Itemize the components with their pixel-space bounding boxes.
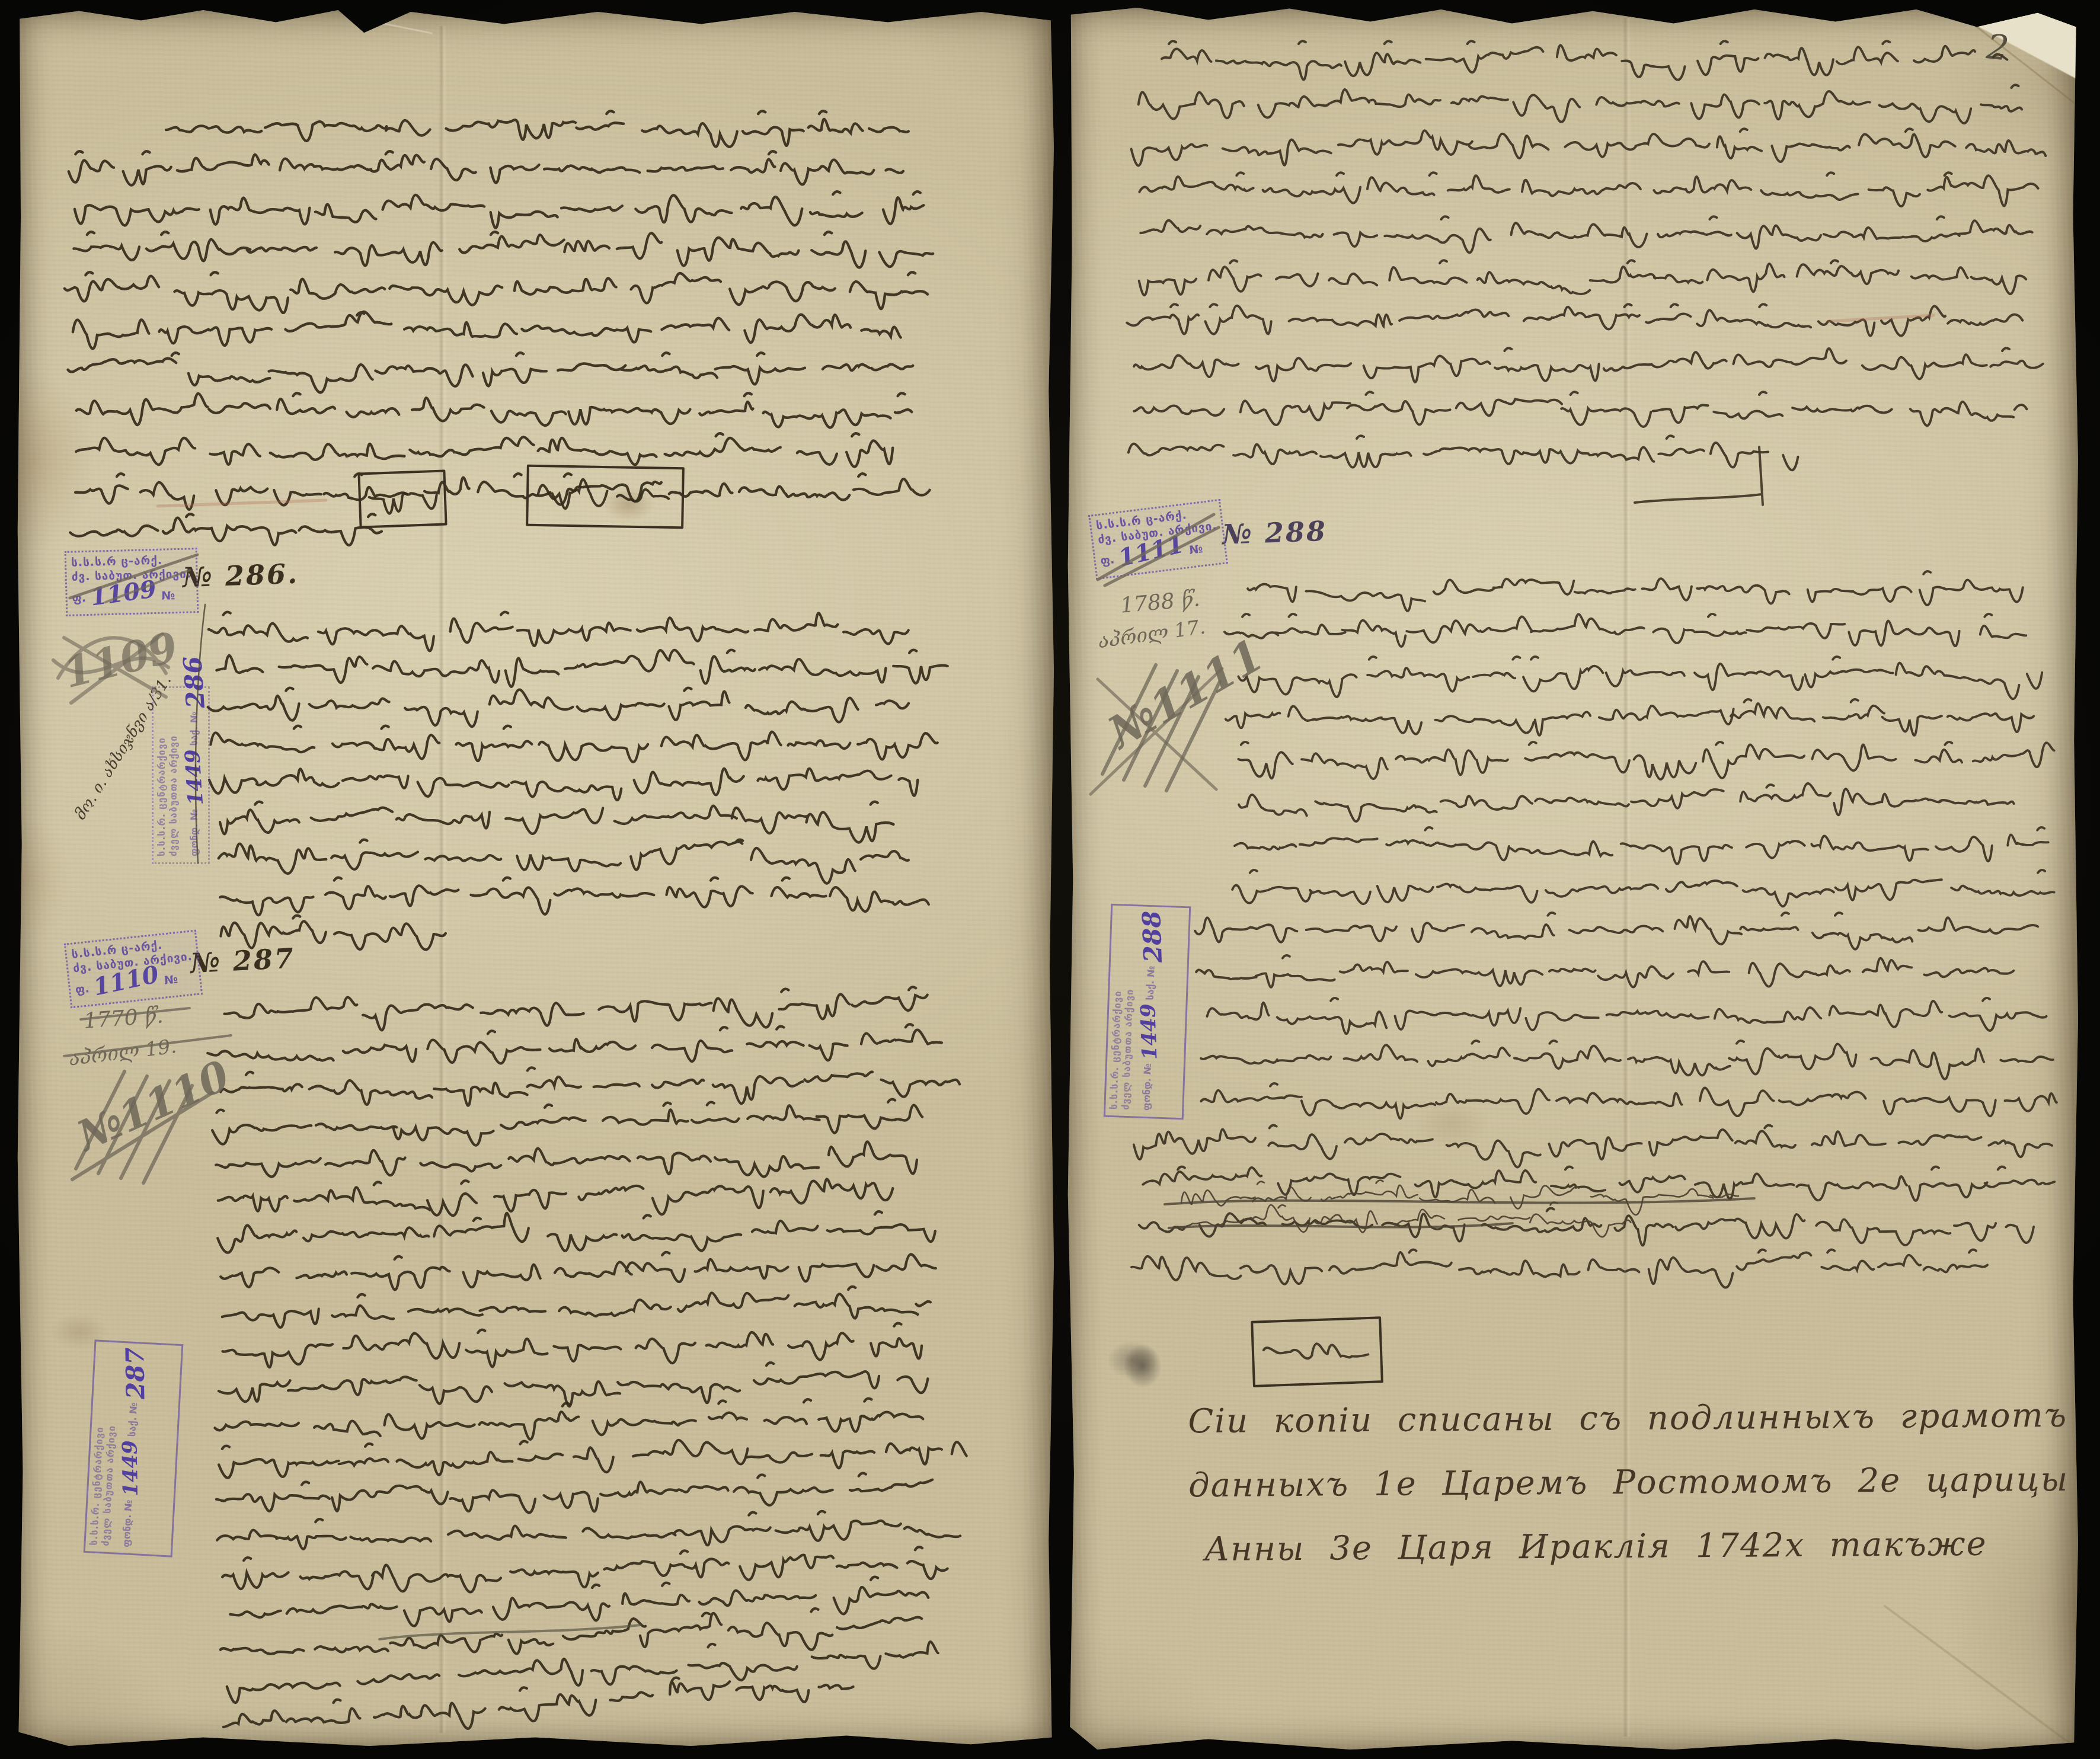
boxed-word-strokes bbox=[1259, 1320, 1371, 1380]
pencil-date-note: აპრილ 19. bbox=[68, 1034, 177, 1070]
stamp-text: ს.ს.ს.რ. ცენტრარქივი bbox=[156, 694, 168, 856]
boxed-word-strokes bbox=[534, 468, 672, 523]
section-heading-288: № 288 bbox=[1222, 515, 1328, 551]
left-page: № 286. № 287 ს.ს.ს.რ ც-არქ. ძვ. საბუთ. ა… bbox=[17, 8, 1054, 1750]
pencil-year-note: 1770 წ. bbox=[83, 1003, 164, 1033]
ink-boxed-word bbox=[357, 469, 447, 528]
colophon-line: Анны 3е Царя Ираклія 1742х такъже bbox=[1204, 1512, 2069, 1582]
stamp-fond-number: 1449 bbox=[180, 749, 208, 806]
manuscript-scan: № 286. № 287 ს.ს.ს.რ ც-არქ. ძვ. საბუთ. ა… bbox=[0, 0, 2100, 1759]
manuscript-paragraph-continuation bbox=[1126, 31, 2042, 481]
manuscript-paragraph-287 bbox=[206, 980, 962, 1751]
stamp-text: ფონდ. №1449საქ. №286 bbox=[180, 694, 209, 856]
manuscript-paragraph-288-b bbox=[1194, 903, 2051, 1122]
boxed-word-strokes bbox=[365, 472, 437, 522]
manuscript-paragraph-288-a bbox=[1224, 562, 2054, 912]
manuscript-paragraph-intro bbox=[64, 103, 929, 565]
ink-boxed-word bbox=[1251, 1316, 1383, 1387]
stamp-item-number: 287 bbox=[120, 1347, 151, 1399]
ink-smudge bbox=[1124, 1344, 1162, 1388]
archive-stamp-vertical-286: ს.ს.ს.რ. ცენტრარქივი ძველ საბუთთა არქივი… bbox=[152, 686, 210, 864]
stamp-item-number: 288 bbox=[1137, 910, 1168, 962]
archive-stamp-vertical-288: ს.ს.ს.რ. ცენტრარქივი ძველ საბუთთა არქივი… bbox=[1104, 904, 1191, 1120]
stamp-fond-number: 1449 bbox=[1136, 1003, 1162, 1060]
right-page: 2 № 288 ს.ს.ს.რ ც-არქ. ძვ. საბუთ. არქივი… bbox=[1067, 6, 2078, 1753]
pencil-date-note: აპრილ 17. bbox=[1097, 615, 1207, 653]
ink-boxed-word bbox=[526, 465, 685, 529]
archive-stamp-288: ს.ს.ს.რ ც-არქ. ძვ. საბუთ. არქივი. ფ.1111… bbox=[1088, 499, 1228, 580]
stamp-fond-number: 1449 bbox=[118, 1440, 143, 1496]
archive-stamp-vertical-287: ს.ს.ს.რ. ცენტრარქივი ძველ საბუთთა არქივი… bbox=[84, 1339, 184, 1557]
archive-stamp-286: ს.ს.ს.რ ც-არქ. ძვ. საბუთ. არქივი. ფ.1109… bbox=[65, 548, 199, 616]
interlinear-correction bbox=[1171, 1179, 1752, 1239]
pencil-year-note: 1788 წ. bbox=[1119, 587, 1201, 618]
section-heading-287: № 287 bbox=[190, 942, 296, 979]
section-heading-286: № 286. bbox=[182, 558, 299, 594]
manuscript-paragraph-286 bbox=[207, 606, 936, 961]
archive-stamp-287: ს.ს.ს.რ ც-არქ. ძვ. საბუთ. არქივი. ფ.1110… bbox=[64, 930, 203, 1009]
stamp-item-number: 286 bbox=[178, 655, 210, 709]
stamp-text: ფონდ. №1449საქ. №288 bbox=[1131, 912, 1168, 1111]
stamp-text: ფ.1109№ bbox=[72, 581, 192, 612]
russian-colophon: Сіи копіи списаны съ подлинныхъ грамотъ … bbox=[1188, 1384, 2069, 1582]
colophon-line: Сіи копіи списаны съ подлинныхъ грамотъ bbox=[1188, 1384, 2069, 1454]
colophon-line: данныхъ 1е Царемъ Ростомомъ 2е царицы bbox=[1188, 1448, 2069, 1518]
stamp-text: ძველ საბუთთა არქივი bbox=[168, 694, 180, 856]
